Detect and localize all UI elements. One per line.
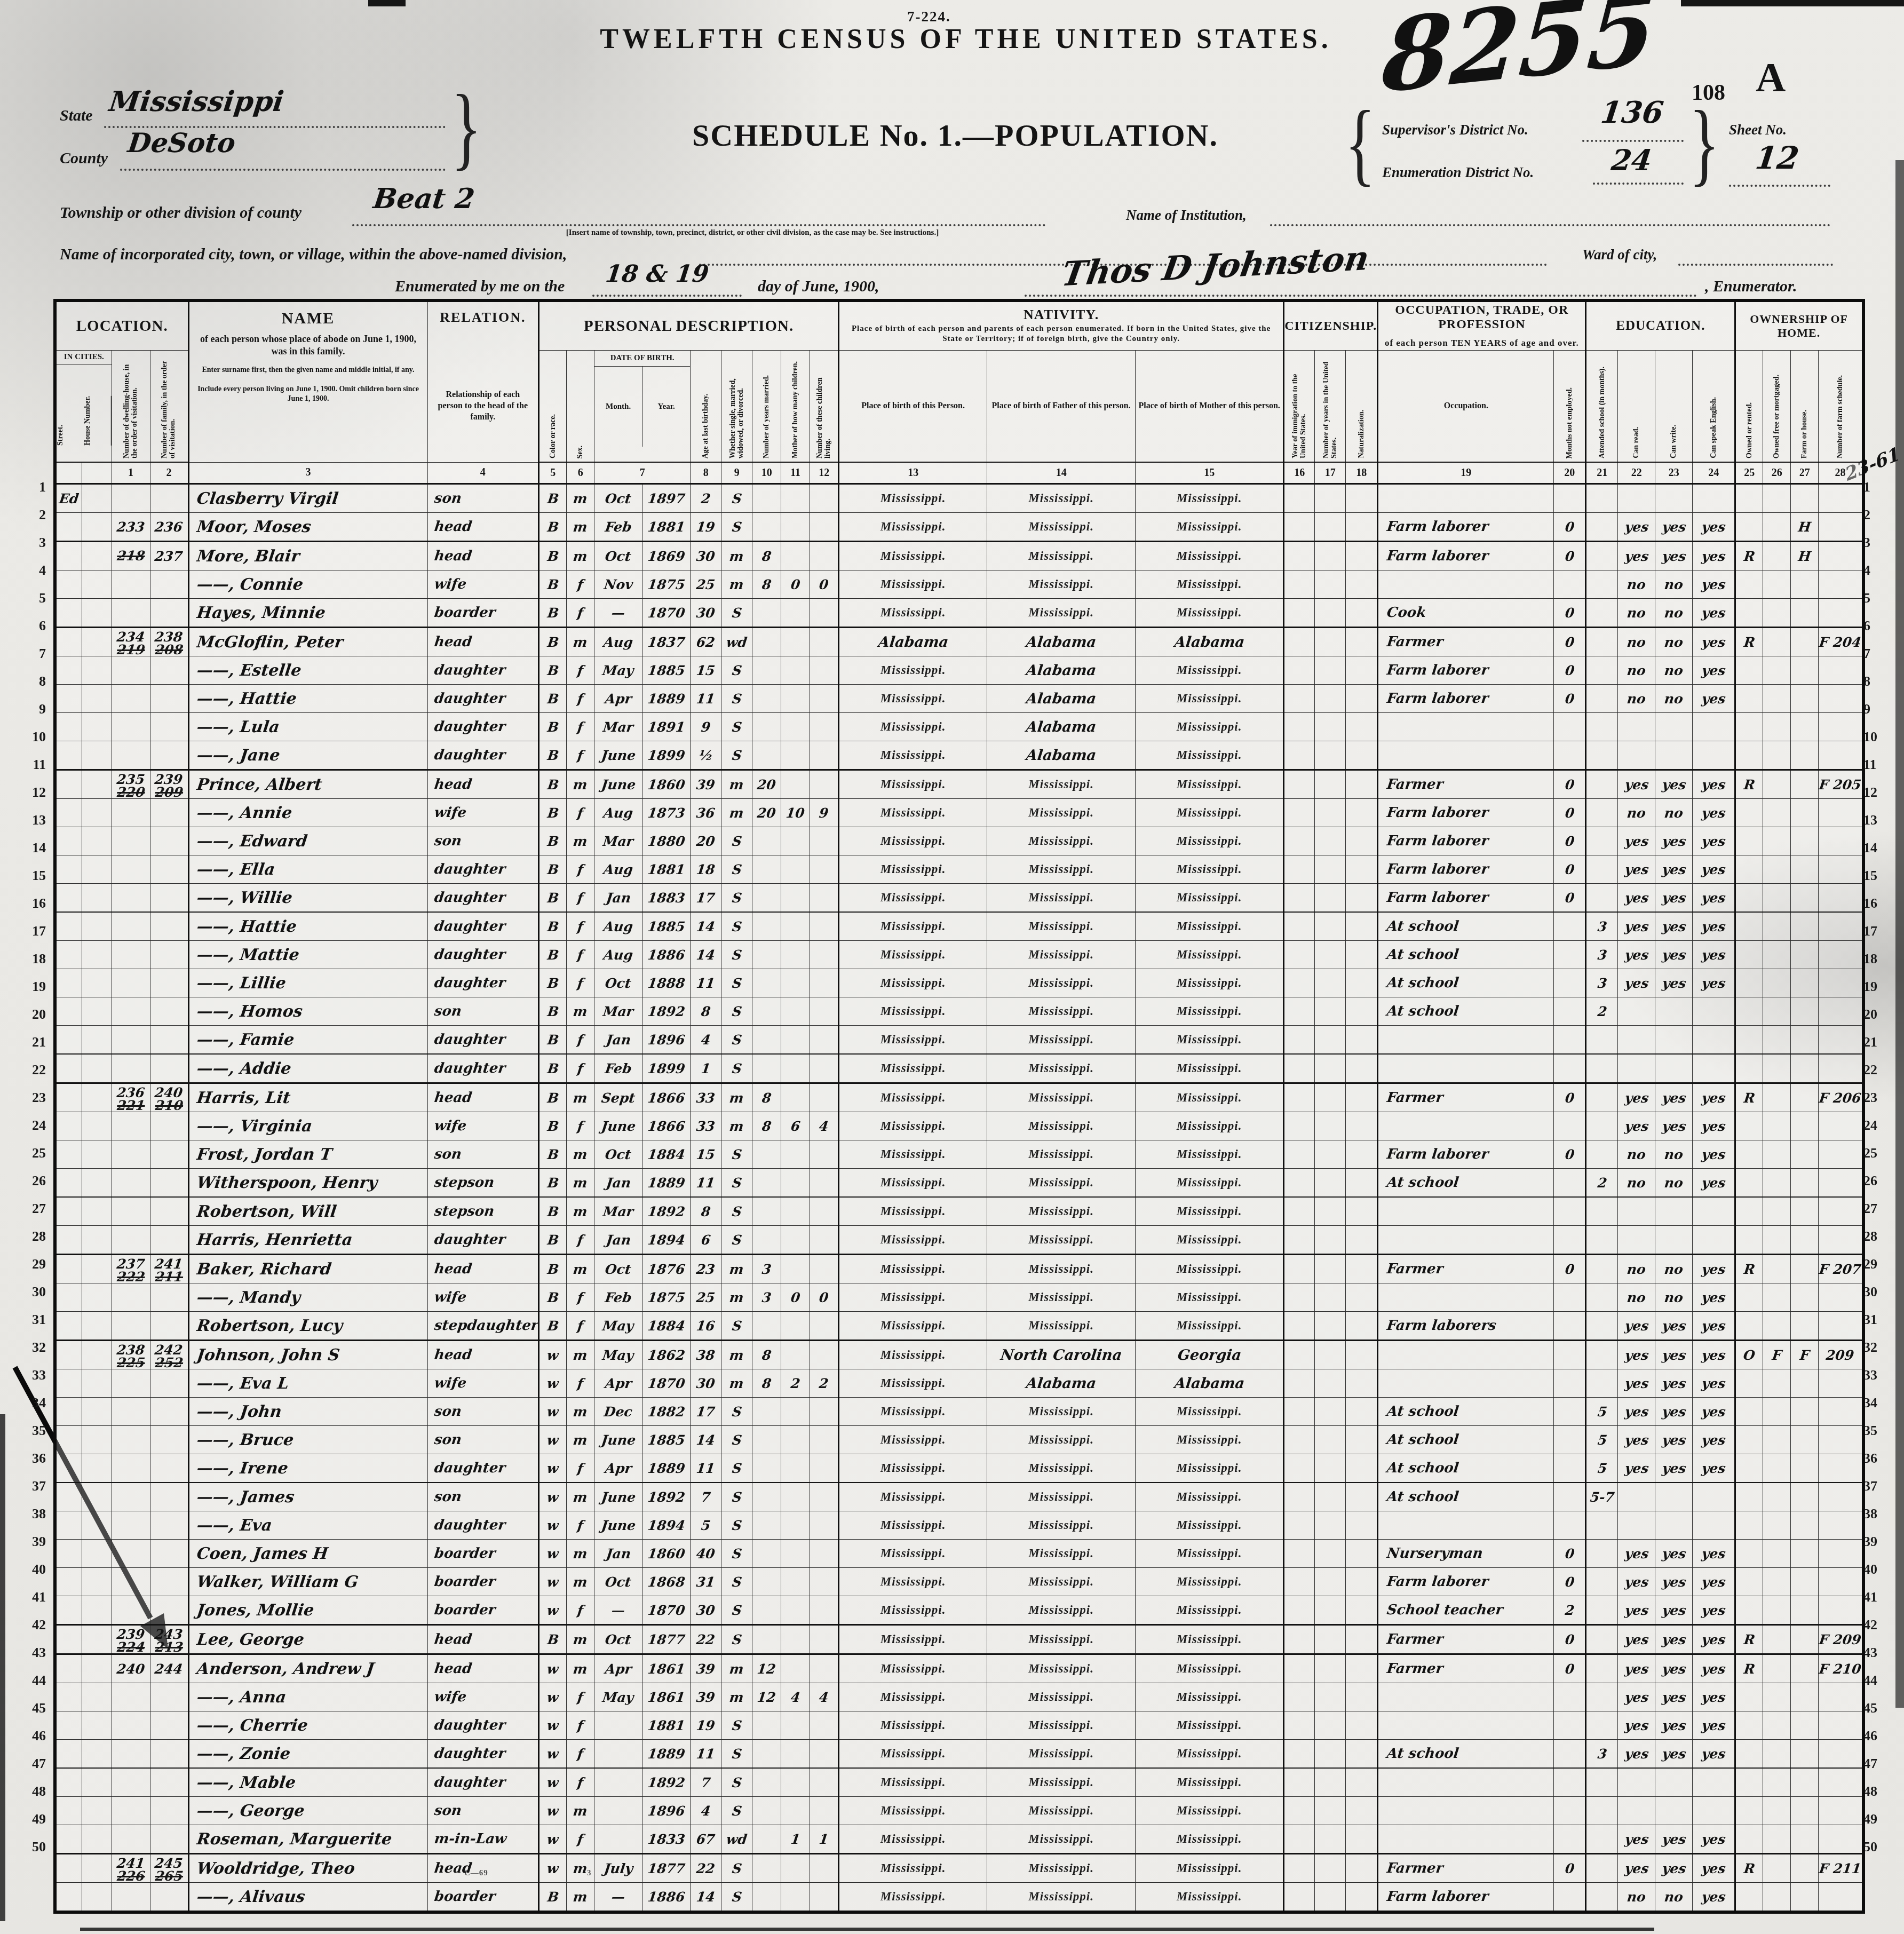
cell-ag: 17 (691, 884, 721, 913)
cell-fh (1791, 1369, 1819, 1398)
cell-sx: m (567, 1341, 594, 1369)
column-number: 27 (1791, 462, 1819, 484)
cell-x17 (1315, 1426, 1346, 1454)
cell-of (1763, 799, 1791, 827)
column-number: 8 (691, 462, 721, 484)
cell-x17 (1315, 1797, 1346, 1825)
table-row: Walker, William GboarderwmOct186831SMiss… (55, 1568, 1863, 1596)
cell-nm: ——, Connie (188, 570, 427, 599)
cell-of (1763, 542, 1791, 570)
cell-rl: daughter (427, 713, 539, 741)
cell-x18 (1346, 1112, 1378, 1140)
cell-p1: Mississippi. (839, 997, 987, 1026)
row-number-left: 43 (21, 1645, 46, 1661)
cell-fh (1791, 1797, 1819, 1825)
cell-ow (1735, 484, 1763, 513)
cell-cl: 0 (810, 1283, 839, 1312)
cell-oc (1378, 1226, 1554, 1255)
cell-fm: 243213 (150, 1625, 188, 1654)
cell-mn (1554, 1169, 1586, 1198)
cell-p3: Mississippi. (1136, 799, 1284, 827)
cell-st (55, 1683, 82, 1711)
cell-yr: 1891 (642, 713, 691, 741)
cell-ag: 14 (691, 1883, 721, 1913)
cell-fh (1791, 1054, 1819, 1083)
cell-yr: 1862 (642, 1341, 691, 1369)
cell-mo: Aug (594, 799, 642, 827)
cell-mc (781, 1883, 810, 1913)
population-schedule-table: LOCATION. NAME of each person whose plac… (53, 299, 1865, 1914)
cell-fh (1791, 1226, 1819, 1255)
cell-p3: Mississippi. (1136, 1283, 1284, 1312)
cell-ag: 7 (691, 1768, 721, 1797)
row-number-left: 42 (21, 1617, 46, 1633)
cell-ow (1735, 599, 1763, 628)
cell-fn (1819, 1169, 1863, 1198)
row-number-right: 1 (1863, 479, 1888, 495)
cell-x18 (1346, 628, 1378, 656)
cell-p3: Mississippi. (1136, 484, 1284, 513)
row-number-right: 33 (1863, 1367, 1888, 1383)
cell-en (1693, 1797, 1735, 1825)
cell-of (1763, 1596, 1791, 1625)
cell-dw (112, 1768, 150, 1797)
cell-mn: 0 (1554, 628, 1586, 656)
cell-rd: yes (1618, 1540, 1655, 1568)
cell-rd (1618, 1483, 1655, 1511)
cell-ms: S (721, 1398, 752, 1426)
cell-yr: 1877 (642, 1625, 691, 1654)
header-group-row: LOCATION. NAME of each person whose plac… (55, 300, 1863, 351)
cell-cl (810, 1711, 839, 1740)
cell-fh (1791, 1568, 1819, 1596)
cell-rd: yes (1618, 969, 1655, 997)
cell-oc (1378, 1711, 1554, 1740)
cell-x16 (1284, 484, 1315, 513)
cell-x17 (1315, 799, 1346, 827)
cell-yr: 1889 (642, 1169, 691, 1198)
cell-cl (810, 1140, 839, 1169)
cell-of (1763, 1568, 1791, 1596)
cell-ag: 20 (691, 827, 721, 855)
cell-en: yes (1693, 855, 1735, 884)
cell-ym (752, 1825, 781, 1854)
cell-nm: Roseman, Marguerite (188, 1825, 427, 1854)
cell-ow (1735, 855, 1763, 884)
row-number-right: 50 (1863, 1839, 1888, 1855)
cell-mc (781, 1140, 810, 1169)
cell-en: yes (1693, 1540, 1735, 1568)
cell-mn: 0 (1554, 656, 1586, 685)
cell-rl: head (427, 1654, 539, 1683)
cell-mn: 0 (1554, 685, 1586, 713)
cell-x18 (1346, 1540, 1378, 1568)
cell-ms: S (721, 513, 752, 542)
cell-x18 (1346, 941, 1378, 969)
cell-mc (781, 997, 810, 1026)
cell-fm (150, 1026, 188, 1055)
cell-mc (781, 1540, 810, 1568)
cell-mn (1554, 1369, 1586, 1398)
cell-x17 (1315, 484, 1346, 513)
cell-x17 (1315, 1711, 1346, 1740)
cell-rd: yes (1618, 1426, 1655, 1454)
row-number-left: 13 (21, 812, 46, 828)
cell-st (55, 827, 82, 855)
cell-p1: Mississippi. (839, 1768, 987, 1797)
cell-st (55, 1341, 82, 1369)
cell-mo: June (594, 741, 642, 770)
cell-as (1586, 1369, 1618, 1398)
cell-ms: m (721, 770, 752, 799)
cell-sx: f (567, 656, 594, 685)
cell-rl: daughter (427, 1711, 539, 1740)
cell-p1: Mississippi. (839, 941, 987, 969)
occupation-title: OCCUPATION, TRADE, OR PROFESSION (1378, 303, 1585, 332)
cell-of (1763, 1483, 1791, 1511)
cell-x17 (1315, 1226, 1346, 1255)
cell-dw (112, 741, 150, 770)
cell-p2: Alabama (987, 1369, 1136, 1398)
cell-cl (810, 1596, 839, 1625)
cell-p2: Mississippi. (987, 1854, 1136, 1883)
cell-ms: S (721, 1426, 752, 1454)
cell-wr (1655, 1768, 1693, 1797)
cell-wr: yes (1655, 1454, 1693, 1483)
cell-sx: f (567, 1112, 594, 1140)
cell-en: yes (1693, 1740, 1735, 1769)
cell-wr: no (1655, 1883, 1693, 1913)
cell-mo: Apr (594, 1654, 642, 1683)
cell-ho (82, 513, 112, 542)
cell-fh (1791, 1854, 1819, 1883)
cell-as: 5 (1586, 1426, 1618, 1454)
cell-x17 (1315, 1026, 1346, 1055)
cell-fn (1819, 1768, 1863, 1797)
cell-rl: head (427, 513, 539, 542)
cell-x16 (1284, 1740, 1315, 1769)
cell-fm (150, 599, 188, 628)
col-occupation: Occupation. (1378, 351, 1554, 463)
cell-as (1586, 1197, 1618, 1226)
cell-rl: wife (427, 1112, 539, 1140)
cell-as (1586, 770, 1618, 799)
cell-mo (594, 1711, 642, 1740)
district-brace-open: { (1345, 90, 1376, 197)
cell-sx: m (567, 770, 594, 799)
table-row: ——, JohnsonwmDec188217SMississippi.Missi… (55, 1398, 1863, 1426)
cell-wr: yes (1655, 1711, 1693, 1740)
cell-ag: 25 (691, 570, 721, 599)
cell-p3: Mississippi. (1136, 599, 1284, 628)
column-number: 11 (781, 462, 810, 484)
cell-dw (112, 570, 150, 599)
cell-dw (112, 969, 150, 997)
column-number-row: 1234567891011121314151617181920212223242… (55, 462, 1863, 484)
cell-st (55, 969, 82, 997)
cell-x18 (1346, 1283, 1378, 1312)
cell-en: yes (1693, 1312, 1735, 1341)
row-number-left: 45 (21, 1700, 46, 1716)
cell-ow (1735, 799, 1763, 827)
cell-ho (82, 1797, 112, 1825)
cell-fm (150, 1312, 188, 1341)
cell-cr: B (539, 1083, 567, 1112)
cell-p3: Mississippi. (1136, 1596, 1284, 1625)
cell-rl: son (427, 997, 539, 1026)
cell-ow: R (1735, 1654, 1763, 1683)
cell-en (1693, 713, 1735, 741)
cell-fn (1819, 1683, 1863, 1711)
row-number-left: 3 (21, 535, 46, 551)
cell-x16 (1284, 1540, 1315, 1568)
col-month: Month. (594, 402, 642, 411)
row-number-left: 5 (21, 590, 46, 606)
cell-p2: Mississippi. (987, 969, 1136, 997)
name-note-2: Include every person living on June 1, 1… (195, 385, 422, 404)
cell-of (1763, 1197, 1791, 1226)
cell-cl (810, 1540, 839, 1568)
cell-of (1763, 1454, 1791, 1483)
cell-cr: B (539, 770, 567, 799)
cell-rl: head (427, 542, 539, 570)
enumeration-label: Enumeration District No. (1382, 164, 1534, 181)
cell-of (1763, 1083, 1791, 1112)
cell-fn (1819, 799, 1863, 827)
name-note-1: Enter surname first, then the given name… (195, 366, 422, 375)
cell-cr: B (539, 542, 567, 570)
cell-rl: daughter (427, 741, 539, 770)
group-ownership: OWNERSHIP OF HOME. (1735, 300, 1863, 351)
row-number-right: 7 (1863, 646, 1888, 662)
cell-wr: yes (1655, 969, 1693, 997)
cell-mn: 2 (1554, 1596, 1586, 1625)
cell-x18 (1346, 1054, 1378, 1083)
cell-x18 (1346, 997, 1378, 1026)
table-row: Coen, James HboarderwmJan186040SMississi… (55, 1540, 1863, 1568)
cell-ag: 14 (691, 941, 721, 969)
cell-rd: no (1618, 599, 1655, 628)
cell-ms: S (721, 855, 752, 884)
cell-oc: Farm laborer (1378, 513, 1554, 542)
cell-sx: f (567, 1825, 594, 1854)
cell-ow (1735, 1683, 1763, 1711)
cell-oc (1378, 1768, 1554, 1797)
cell-x16 (1284, 1883, 1315, 1913)
cell-p1: Mississippi. (839, 1197, 987, 1226)
cell-mn: 0 (1554, 770, 1586, 799)
cell-x17 (1315, 1398, 1346, 1426)
cell-fh (1791, 1540, 1819, 1568)
institution-line (1270, 224, 1830, 226)
cell-p2: Mississippi. (987, 1883, 1136, 1913)
cell-nm: Robertson, Will (188, 1197, 427, 1226)
cell-st (55, 1426, 82, 1454)
cell-ow (1735, 1540, 1763, 1568)
cell-p1: Mississippi. (839, 1483, 987, 1511)
cell-mc (781, 656, 810, 685)
cell-x18 (1346, 1341, 1378, 1369)
row-number-right: 39 (1863, 1534, 1888, 1550)
cell-fm: 241211 (150, 1255, 188, 1283)
cell-oc (1378, 1283, 1554, 1312)
enumeration-line (1593, 183, 1684, 185)
cell-yr: 1888 (642, 969, 691, 997)
cell-ho (82, 1054, 112, 1083)
cell-dw (112, 1426, 150, 1454)
cell-st (55, 1398, 82, 1426)
cell-oc: Farm laborer (1378, 799, 1554, 827)
cell-sx: m (567, 1140, 594, 1169)
cell-st (55, 1596, 82, 1625)
group-personal: PERSONAL DESCRIPTION. (539, 300, 839, 351)
cell-ow (1735, 884, 1763, 913)
cell-x18 (1346, 799, 1378, 827)
cell-sx: m (567, 1483, 594, 1511)
cell-mn (1554, 484, 1586, 513)
cell-x17 (1315, 1312, 1346, 1341)
cell-en: yes (1693, 1625, 1735, 1654)
cell-mc (781, 1740, 810, 1769)
cell-of (1763, 1026, 1791, 1055)
cell-st (55, 599, 82, 628)
cell-rd: yes (1618, 1683, 1655, 1711)
cell-dw: 235220 (112, 770, 150, 799)
cell-ow (1735, 1054, 1763, 1083)
cell-wr: yes (1655, 1596, 1693, 1625)
cell-nm: ——, Cherrie (188, 1711, 427, 1740)
cell-yr: 1875 (642, 1283, 691, 1312)
cell-en: yes (1693, 1255, 1735, 1283)
cell-mn (1554, 1312, 1586, 1341)
cell-x16 (1284, 1426, 1315, 1454)
cell-st (55, 1454, 82, 1483)
cell-en (1693, 741, 1735, 770)
cell-yr: 1889 (642, 685, 691, 713)
cell-st (55, 1197, 82, 1226)
cell-st (55, 770, 82, 799)
cell-x16 (1284, 1825, 1315, 1854)
cell-ho (82, 827, 112, 855)
cell-ag: 11 (691, 1454, 721, 1483)
cell-fn (1819, 1226, 1863, 1255)
cell-mn (1554, 1341, 1586, 1369)
cell-p1: Mississippi. (839, 484, 987, 513)
cell-rd: yes (1618, 1825, 1655, 1854)
scan-edge-top-left (368, 0, 406, 6)
cell-wr: yes (1655, 1112, 1693, 1140)
cell-ho (82, 1083, 112, 1112)
cell-of (1763, 1540, 1791, 1568)
cell-fn (1819, 1740, 1863, 1769)
cell-dw: 241226 (112, 1854, 150, 1883)
cell-fh (1791, 855, 1819, 884)
row-number-right: 30 (1863, 1284, 1888, 1300)
cell-p2: Mississippi. (987, 1596, 1136, 1625)
cell-as (1586, 1283, 1618, 1312)
cell-x16 (1284, 1169, 1315, 1198)
cell-mc (781, 1511, 810, 1540)
table-row: 235220239209Prince, AlbertheadBmJune1860… (55, 770, 1863, 799)
cell-dw (112, 941, 150, 969)
cell-wr: yes (1655, 1341, 1693, 1369)
cell-ym: 3 (752, 1283, 781, 1312)
cell-x17 (1315, 1740, 1346, 1769)
col-children-living: Number of these children living. (810, 351, 839, 463)
cell-fh (1791, 941, 1819, 969)
cell-wr (1655, 741, 1693, 770)
cell-p1: Mississippi. (839, 1312, 987, 1341)
cell-x16 (1284, 941, 1315, 969)
township-note: [Insert name of township, town, precinct… (459, 228, 1046, 237)
cell-fn: F 206 (1819, 1083, 1863, 1112)
table-row: ——, HattiedaughterBfAug188514SMississipp… (55, 912, 1863, 941)
table-row: ——, HomossonBmMar18928SMississippi.Missi… (55, 997, 1863, 1026)
cell-of (1763, 1312, 1791, 1341)
cell-rd: yes (1618, 855, 1655, 884)
cell-of (1763, 656, 1791, 685)
cell-p1: Mississippi. (839, 1797, 987, 1825)
cell-p2: Mississippi. (987, 997, 1136, 1026)
cell-rd: yes (1618, 912, 1655, 941)
col-farm-house: Farm or house. (1791, 351, 1819, 463)
cell-ms: S (721, 1768, 752, 1797)
cell-mc (781, 1398, 810, 1426)
row-number-left: 23 (21, 1090, 46, 1106)
cell-ms: S (721, 1312, 752, 1341)
cell-ow (1735, 1768, 1763, 1797)
cell-en: yes (1693, 1883, 1735, 1913)
cell-mo: June (594, 1426, 642, 1454)
cell-fn (1819, 1112, 1863, 1140)
cell-x18 (1346, 1226, 1378, 1255)
cell-fn (1819, 542, 1863, 570)
cell-mc (781, 1426, 810, 1454)
cell-x16 (1284, 1312, 1315, 1341)
cell-rl: daughter (427, 1768, 539, 1797)
cell-ow (1735, 1825, 1763, 1854)
cell-ms: m (721, 1283, 752, 1312)
table-row: Robertson, WillstepsonBmMar18928SMississ… (55, 1197, 1863, 1226)
cell-mc (781, 770, 810, 799)
cell-ym (752, 1398, 781, 1426)
cell-p3: Mississippi. (1136, 1054, 1284, 1083)
cell-mo: Aug (594, 628, 642, 656)
cell-rl: m-in-Law (427, 1825, 539, 1854)
cell-mo (594, 1797, 642, 1825)
cell-wr (1655, 1483, 1693, 1511)
row-number-left: 47 (21, 1756, 46, 1772)
cell-en: yes (1693, 1711, 1735, 1740)
cell-of (1763, 1283, 1791, 1312)
cell-mc (781, 855, 810, 884)
cell-ho (82, 685, 112, 713)
cell-fn (1819, 599, 1863, 628)
cell-mo: Oct (594, 1625, 642, 1654)
cell-fm (150, 997, 188, 1026)
cell-as (1586, 1255, 1618, 1283)
table-row: 240244Anderson, Andrew JheadwmApr186139m… (55, 1654, 1863, 1683)
cell-yr: 1883 (642, 884, 691, 913)
cell-x18 (1346, 969, 1378, 997)
cell-fn (1819, 484, 1863, 513)
group-relation: RELATION. Relationship of each person to… (427, 300, 539, 462)
county-label: County (60, 149, 108, 168)
cell-en: yes (1693, 628, 1735, 656)
cell-mc (781, 1483, 810, 1511)
cell-cl (810, 599, 839, 628)
col-naturalization: Naturalization. (1346, 351, 1378, 463)
